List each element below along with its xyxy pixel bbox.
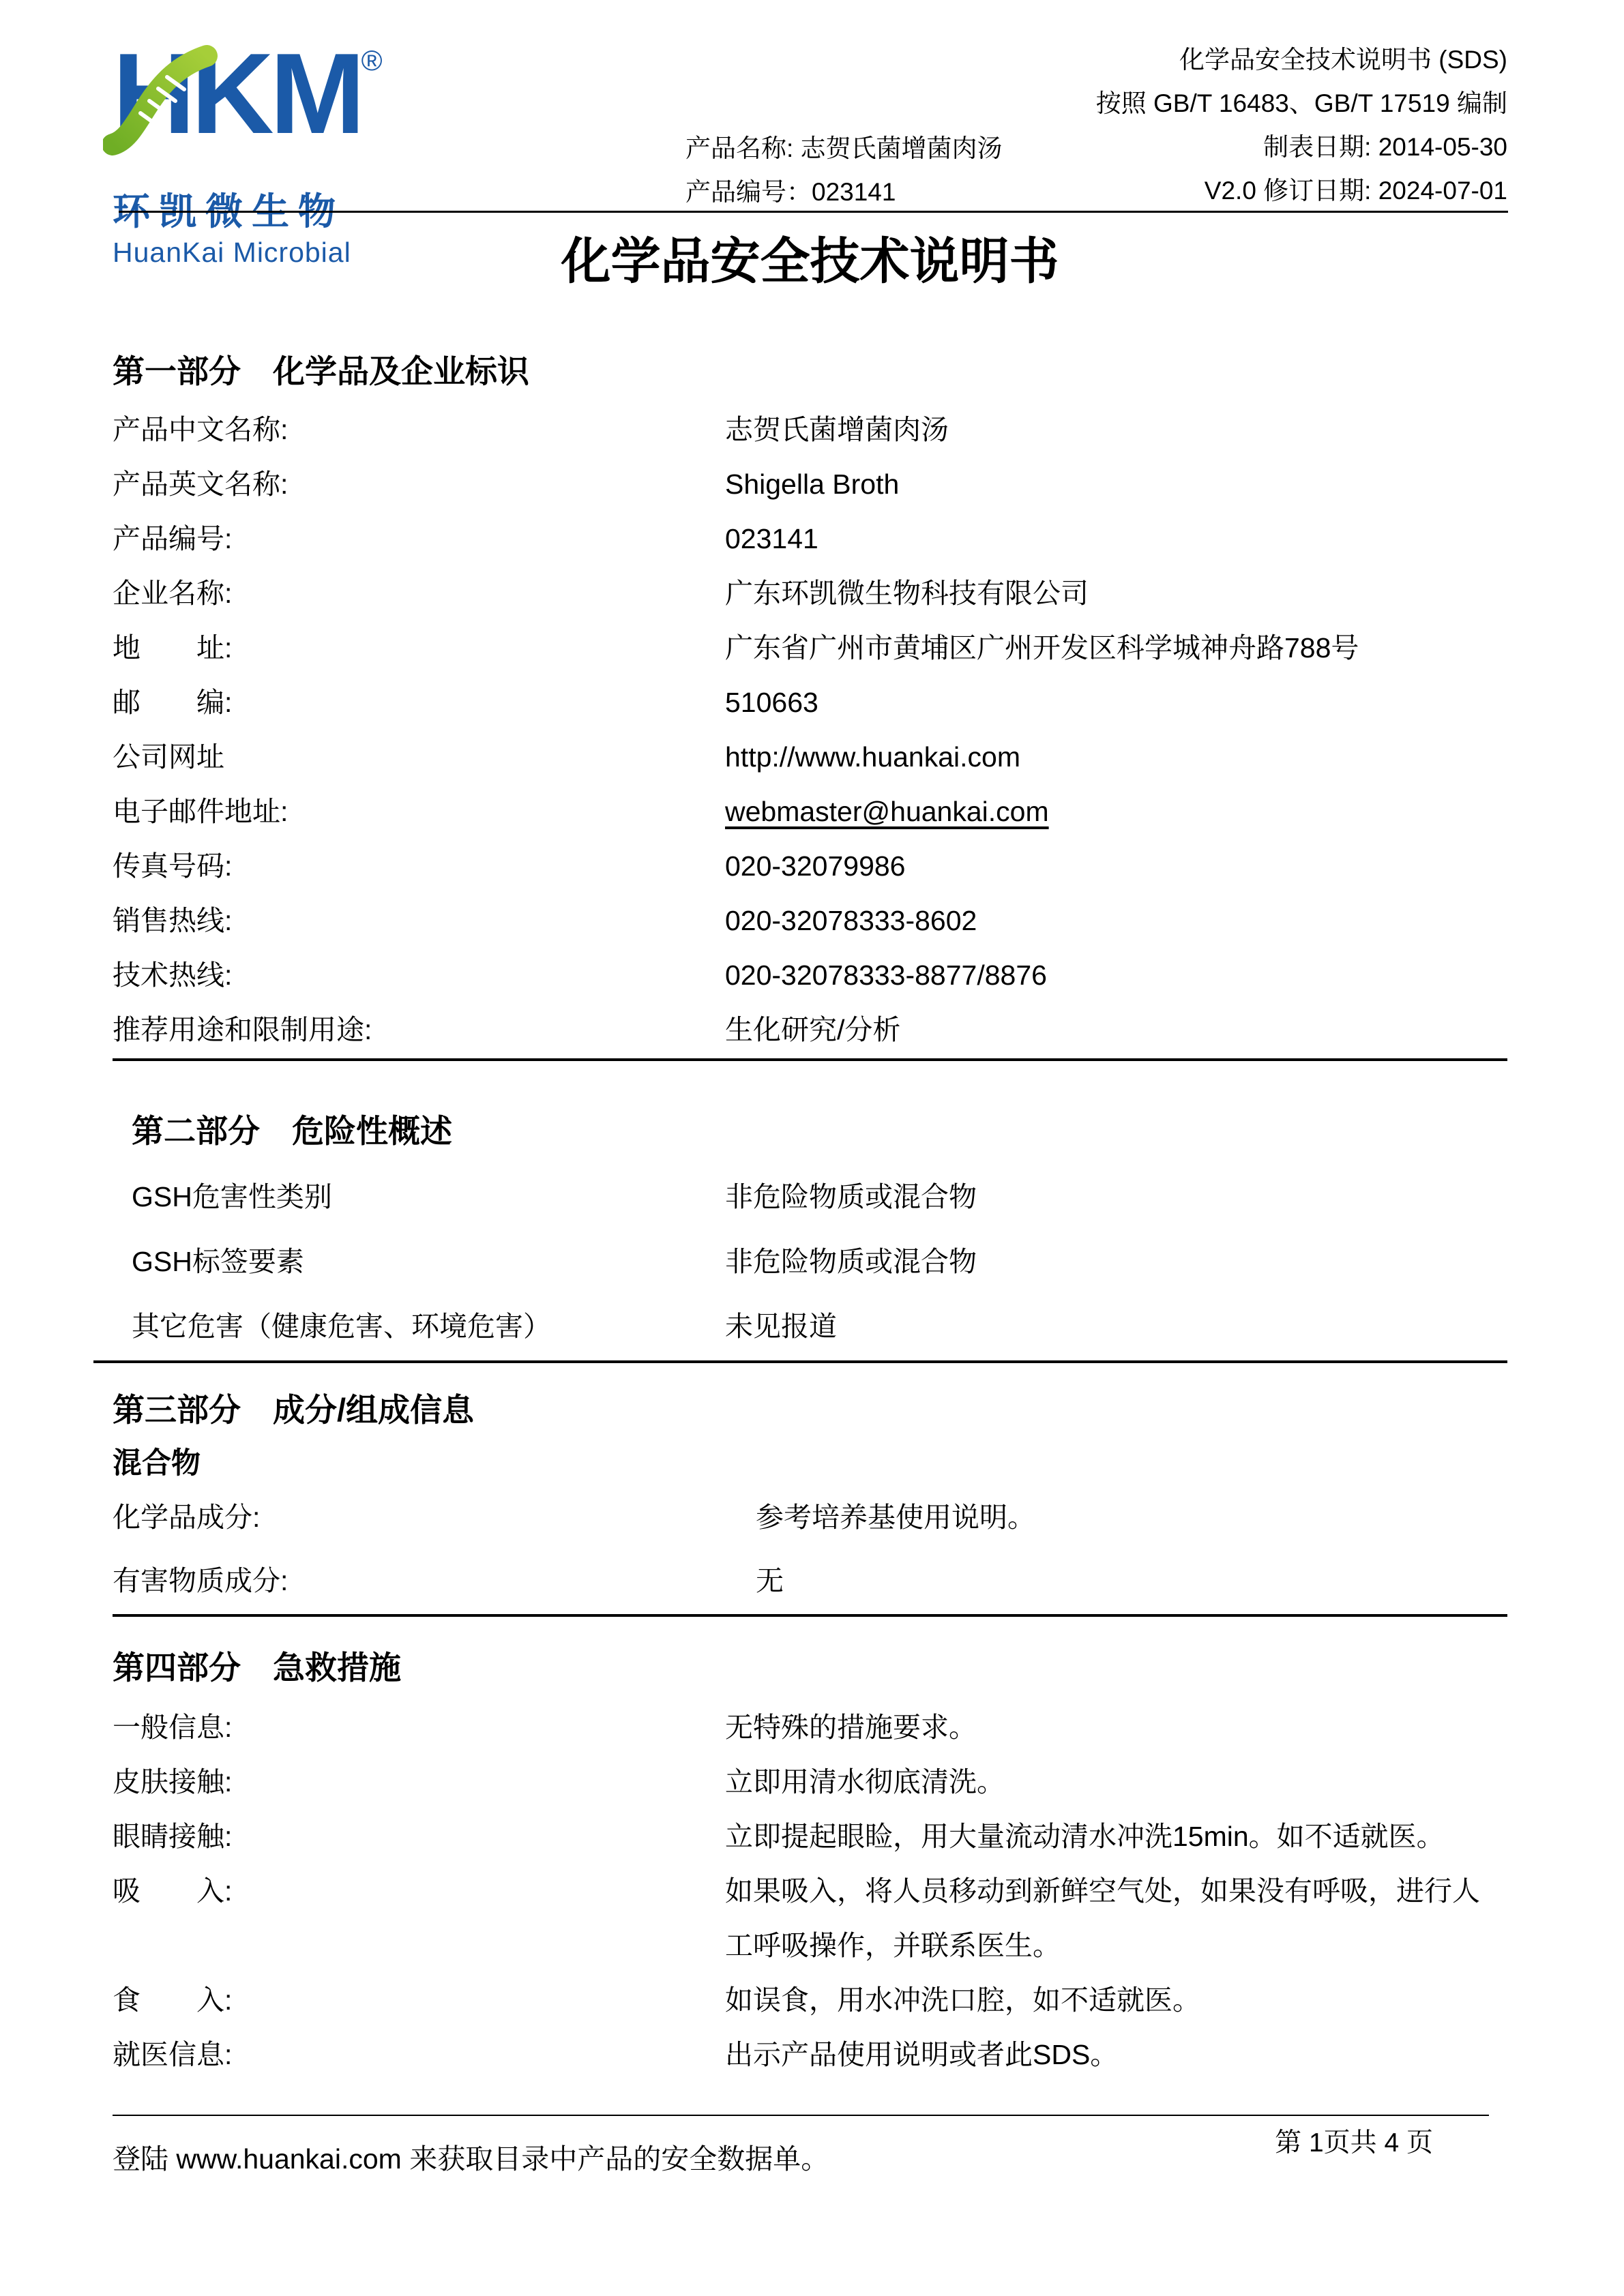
footer-note: 登陆 www.huankai.com 来获取目录中产品的安全数据单。 [113,2136,829,2177]
field-label: 传真号码: [113,839,725,893]
section3-rows: 化学品成分:参考培养基使用说明。 有害物质成分:无 [113,1486,1507,1613]
logo-hkm-text: HKM [113,29,361,158]
section1-rows: 产品中文名称:志贺氏菌增菌肉汤 产品英文名称:Shigella Broth 产品… [113,402,1507,1057]
page-header: HKM® 环凯微生物 HuanKai Microbial 产品名称: 志贺氏菌增… [113,0,1507,213]
field-value: 立即用清水彻底清洗。 [725,1755,1492,1809]
field-label: 企业名称: [113,566,725,621]
field-value: 参考培养基使用说明。 [756,1486,1507,1549]
row-postcode: 邮 编:510663 [113,675,1507,730]
section-divider [113,1058,1507,1061]
registered-mark: ® [361,10,383,112]
row-eye-contact: 眼睛接触:立即提起眼睑，用大量流动清水冲洗15min。如不适就医。 [113,1809,1507,1864]
field-value: 510663 [725,675,1507,730]
row-ingestion: 食 入:如误食，用水冲洗口腔，如不适就医。 [113,1973,1507,2027]
row-sales-hotline: 销售热线:020-32078333-8602 [113,893,1507,948]
field-label: 就医信息: [113,2027,725,2082]
page-number: 第 1页共 4 页 [1275,2121,1489,2160]
field-label: 皮肤接触: [113,1755,725,1809]
logo-english-name: HuanKai Microbial [113,237,413,269]
field-label: 地 址: [113,621,725,675]
row-address: 地 址:广东省广州市黄埔区广州开发区科学城神舟路788号 [113,621,1507,675]
section1-heading: 第一部分 化学品及企业标识 [113,352,1507,391]
field-value: 非危险物质或混合物 [725,1229,1507,1294]
field-value: 广东环凯微生物科技有限公司 [725,566,1507,621]
row-gsh-hazard-class: GSH危害性类别非危险物质或混合物 [132,1165,1507,1229]
field-label: 销售热线: [113,893,725,948]
field-value: 023141 [725,511,1507,566]
website-url: http://www.huankai.com [725,730,1507,784]
section2-rows: GSH危害性类别非危险物质或混合物 GSH标签要素非危险物质或混合物 其它危害（… [132,1165,1507,1359]
field-value: 非危险物质或混合物 [725,1165,1507,1229]
row-email: 电子邮件地址:webmaster@huankai.com [113,784,1507,839]
row-product-code: 产品编号:023141 [113,511,1507,566]
section3-heading: 第三部分 成分/组成信息 [113,1390,1507,1430]
sds-page: HKM® 环凯微生物 HuanKai Microbial 产品名称: 志贺氏菌增… [0,0,1624,2296]
field-value: 志贺氏菌增菌肉汤 [725,402,1507,457]
field-value: 立即提起眼睑，用大量流动清水冲洗15min。如不适就医。 [725,1809,1492,1864]
field-label: 产品编号: [113,511,725,566]
field-value: 出示产品使用说明或者此SDS。 [725,2027,1492,2082]
header-doc-info: 化学品安全技术说明书 (SDS) 按照 GB/T 16483、GB/T 1751… [1096,38,1507,213]
row-hazardous-components: 有害物质成分:无 [113,1549,1507,1613]
field-value: 020-32078333-8877/8876 [725,948,1507,1002]
row-inhalation: 吸 入:如果吸入，将人员移动到新鲜空气处，如果没有呼吸，进行人工呼吸操作，并联系… [113,1864,1507,1973]
email-link[interactable]: webmaster@huankai.com [725,784,1507,839]
header-divider [119,211,1508,213]
field-label: 有害物质成分: [113,1549,756,1613]
field-label: 吸 入: [113,1864,725,1973]
field-label: 一般信息: [113,1700,725,1755]
field-label: 技术热线: [113,948,725,1002]
section4-heading: 第四部分 急救措施 [113,1648,1507,1688]
row-website: 公司网址http://www.huankai.com [113,730,1507,784]
header-product-name: 产品名称: 志贺氏菌增菌肉汤 [685,127,1003,170]
field-label: 化学品成分: [113,1486,756,1549]
header-product-info: 产品名称: 志贺氏菌增菌肉汤 产品编号：023141 [685,127,1003,214]
header-create-date: 制表日期: 2014-05-30 [1096,125,1507,169]
section2-heading: 第二部分 危险性概述 [132,1112,1507,1151]
field-label: 公司网址 [113,730,725,784]
row-chemical-composition: 化学品成分:参考培养基使用说明。 [113,1486,1507,1549]
section-composition: 第三部分 成分/组成信息 混合物 化学品成分:参考培养基使用说明。 有害物质成分… [113,1390,1507,1617]
field-label: 推荐用途和限制用途: [113,1002,725,1057]
field-label: 产品英文名称: [113,457,725,511]
company-logo: HKM® 环凯微生物 HuanKai Microbial [113,42,413,269]
row-general-info: 一般信息:无特殊的措施要求。 [113,1700,1507,1755]
section-divider [113,1614,1507,1617]
row-company-name: 企业名称:广东环凯微生物科技有限公司 [113,566,1507,621]
field-value: 广东省广州市黄埔区广州开发区科学城神舟路788号 [725,621,1507,675]
section3-subheading: 混合物 [113,1445,1507,1482]
field-label: GSH危害性类别 [132,1165,725,1229]
field-label: 电子邮件地址: [113,784,725,839]
logo-wordmark: HKM® [113,42,413,175]
field-label: 食 入: [113,1973,725,2027]
row-recommended-use: 推荐用途和限制用途:生化研究/分析 [113,1002,1507,1057]
field-value: 020-32078333-8602 [725,893,1507,948]
header-revision-date: V2.0 修订日期: 2024-07-01 [1096,169,1507,213]
field-value: 无 [756,1549,1507,1613]
row-gsh-label-elements: GSH标签要素非危险物质或混合物 [132,1229,1507,1294]
section-divider [93,1360,1507,1363]
field-value: 无特殊的措施要求。 [725,1700,1492,1755]
header-product-code: 产品编号：023141 [685,170,1003,214]
row-product-cn-name: 产品中文名称:志贺氏菌增菌肉汤 [113,402,1507,457]
field-value: 如果吸入，将人员移动到新鲜空气处，如果没有呼吸，进行人工呼吸操作，并联系医生。 [725,1864,1492,1973]
field-label: GSH标签要素 [132,1229,725,1294]
header-standard-line: 按照 GB/T 16483、GB/T 17519 编制 [1096,82,1507,125]
header-sds-title: 化学品安全技术说明书 (SDS) [1096,38,1507,82]
section-hazards: 第二部分 危险性概述 GSH危害性类别非危险物质或混合物 GSH标签要素非危险物… [113,1112,1507,1363]
section-identification: 第一部分 化学品及企业标识 产品中文名称:志贺氏菌增菌肉汤 产品英文名称:Shi… [113,352,1507,1061]
field-value: 生化研究/分析 [725,1002,1507,1057]
section4-rows: 一般信息:无特殊的措施要求。 皮肤接触:立即用清水彻底清洗。 眼睛接触:立即提起… [113,1700,1507,2082]
logo-chinese-name: 环凯微生物 [113,181,413,235]
page-footer: 登陆 www.huankai.com 来获取目录中产品的安全数据单。 第 1页共… [113,2115,1489,2177]
field-value: Shigella Broth [725,457,1507,511]
row-product-en-name: 产品英文名称:Shigella Broth [113,457,1507,511]
field-value: 未见报道 [725,1294,1507,1359]
field-label: 眼睛接触: [113,1809,725,1864]
field-label: 邮 编: [113,675,725,730]
section-first-aid: 第四部分 急救措施 一般信息:无特殊的措施要求。 皮肤接触:立即用清水彻底清洗。… [113,1648,1507,2082]
field-value: 020-32079986 [725,839,1507,893]
field-label: 产品中文名称: [113,402,725,457]
row-fax: 传真号码:020-32079986 [113,839,1507,893]
row-medical-info: 就医信息:出示产品使用说明或者此SDS。 [113,2027,1507,2082]
row-other-hazards: 其它危害（健康危害、环境危害）未见报道 [132,1294,1507,1359]
row-skin-contact: 皮肤接触:立即用清水彻底清洗。 [113,1755,1507,1809]
row-tech-hotline: 技术热线:020-32078333-8877/8876 [113,948,1507,1002]
field-value: 如误食，用水冲洗口腔，如不适就医。 [725,1973,1492,2027]
field-label: 其它危害（健康危害、环境危害） [132,1294,725,1359]
